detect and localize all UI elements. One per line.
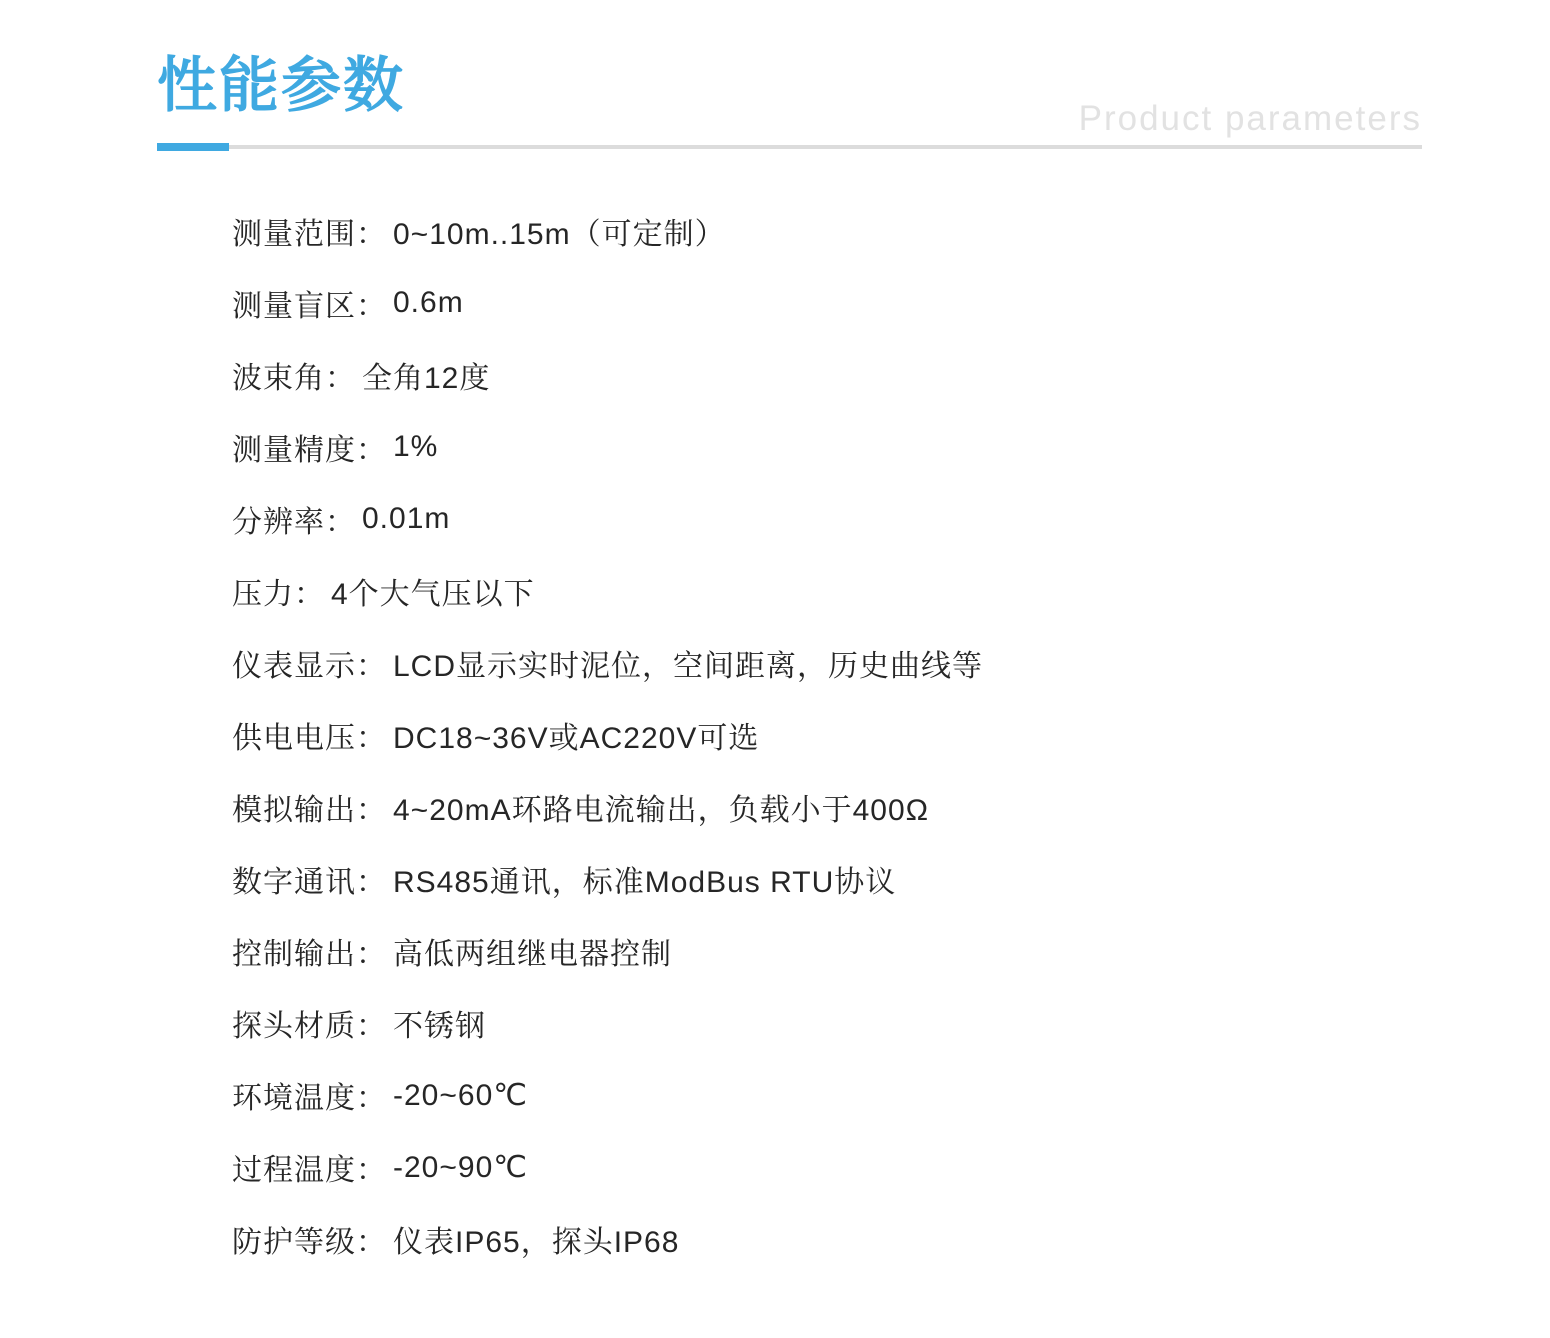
parameter-row-accuracy: 测量精度：1% bbox=[232, 411, 983, 483]
parameter-label: 模拟输出 bbox=[232, 785, 356, 829]
parameter-value: 高低两组继电器控制 bbox=[393, 929, 672, 973]
section-subtitle-en: Product parameters bbox=[1079, 98, 1422, 140]
parameter-label: 测量精度 bbox=[232, 425, 356, 469]
parameter-row-analog-output: 模拟输出：4~20mA环路电流输出，负载小于400Ω bbox=[232, 771, 983, 843]
parameter-list: 测量范围：0~10m..15m（可定制） 测量盲区：0.6m 波束角：全角12度… bbox=[232, 195, 983, 1275]
parameter-label: 测量盲区 bbox=[232, 281, 356, 325]
parameter-row-ambient-temp: 环境温度：-20~60℃ bbox=[232, 1059, 983, 1131]
parameter-label: 数字通讯 bbox=[232, 857, 356, 901]
parameter-value: 4个大气压以下 bbox=[331, 569, 535, 613]
parameter-value: RS485通讯，标准ModBus RTU协议 bbox=[393, 857, 896, 901]
parameter-colon: ： bbox=[356, 1145, 387, 1189]
parameter-row-pressure: 压力：4个大气压以下 bbox=[232, 555, 983, 627]
parameter-label: 控制输出 bbox=[232, 929, 356, 973]
parameter-colon: ： bbox=[356, 1217, 387, 1261]
parameter-row-digital-comm: 数字通讯：RS485通讯，标准ModBus RTU协议 bbox=[232, 843, 983, 915]
parameter-label: 压力 bbox=[232, 569, 294, 613]
parameter-colon: ： bbox=[294, 569, 325, 613]
parameter-row-control-output: 控制输出：高低两组继电器控制 bbox=[232, 915, 983, 987]
parameter-value: -20~60℃ bbox=[393, 1078, 528, 1113]
parameter-label: 环境温度 bbox=[232, 1073, 356, 1117]
parameter-label: 分辨率 bbox=[232, 497, 325, 541]
parameter-label: 防护等级 bbox=[232, 1217, 356, 1261]
parameter-colon: ： bbox=[356, 785, 387, 829]
parameter-label: 过程温度 bbox=[232, 1145, 356, 1189]
parameter-colon: ： bbox=[356, 281, 387, 325]
parameter-colon: ： bbox=[356, 713, 387, 757]
parameter-colon: ： bbox=[325, 353, 356, 397]
parameter-colon: ： bbox=[356, 209, 387, 253]
parameter-row-resolution: 分辨率：0.01m bbox=[232, 483, 983, 555]
parameter-row-supply-voltage: 供电电压：DC18~36V或AC220V可选 bbox=[232, 699, 983, 771]
parameter-value: 0.01m bbox=[362, 502, 450, 536]
parameter-label: 波束角 bbox=[232, 353, 325, 397]
parameter-value: 仪表IP65，探头IP68 bbox=[393, 1217, 679, 1261]
parameter-row-measuring-range: 测量范围：0~10m..15m（可定制） bbox=[232, 195, 983, 267]
parameter-row-beam-angle: 波束角：全角12度 bbox=[232, 339, 983, 411]
parameter-colon: ： bbox=[356, 1073, 387, 1117]
divider-accent-bar bbox=[157, 143, 229, 151]
parameter-value: DC18~36V或AC220V可选 bbox=[393, 713, 759, 757]
parameter-value: 全角12度 bbox=[362, 353, 490, 397]
parameter-colon: ： bbox=[356, 1001, 387, 1045]
section-title: 性能参数 bbox=[157, 48, 405, 123]
parameter-colon: ： bbox=[356, 857, 387, 901]
parameter-value: 0.6m bbox=[393, 286, 464, 320]
parameter-row-blind-zone: 测量盲区：0.6m bbox=[232, 267, 983, 339]
parameter-row-probe-material: 探头材质：不锈钢 bbox=[232, 987, 983, 1059]
parameter-value: 不锈钢 bbox=[393, 1001, 486, 1045]
parameter-label: 供电电压 bbox=[232, 713, 356, 757]
parameter-row-protection-rating: 防护等级：仪表IP65，探头IP68 bbox=[232, 1203, 983, 1275]
parameter-value: 4~20mA环路电流输出，负载小于400Ω bbox=[393, 785, 929, 829]
parameter-value: 0~10m..15m（可定制） bbox=[393, 209, 726, 253]
parameter-label: 仪表显示 bbox=[232, 641, 356, 685]
parameter-value: LCD显示实时泥位，空间距离，历史曲线等 bbox=[393, 641, 983, 685]
parameter-value: -20~90℃ bbox=[393, 1150, 528, 1185]
parameter-row-process-temp: 过程温度：-20~90℃ bbox=[232, 1131, 983, 1203]
section-divider bbox=[157, 145, 1422, 149]
parameter-label: 探头材质 bbox=[232, 1001, 356, 1045]
parameter-colon: ： bbox=[356, 929, 387, 973]
parameter-colon: ： bbox=[325, 497, 356, 541]
parameter-label: 测量范围 bbox=[232, 209, 356, 253]
parameter-value: 1% bbox=[393, 430, 438, 464]
parameter-colon: ： bbox=[356, 641, 387, 685]
parameter-colon: ： bbox=[356, 425, 387, 469]
parameter-row-display: 仪表显示：LCD显示实时泥位，空间距离，历史曲线等 bbox=[232, 627, 983, 699]
